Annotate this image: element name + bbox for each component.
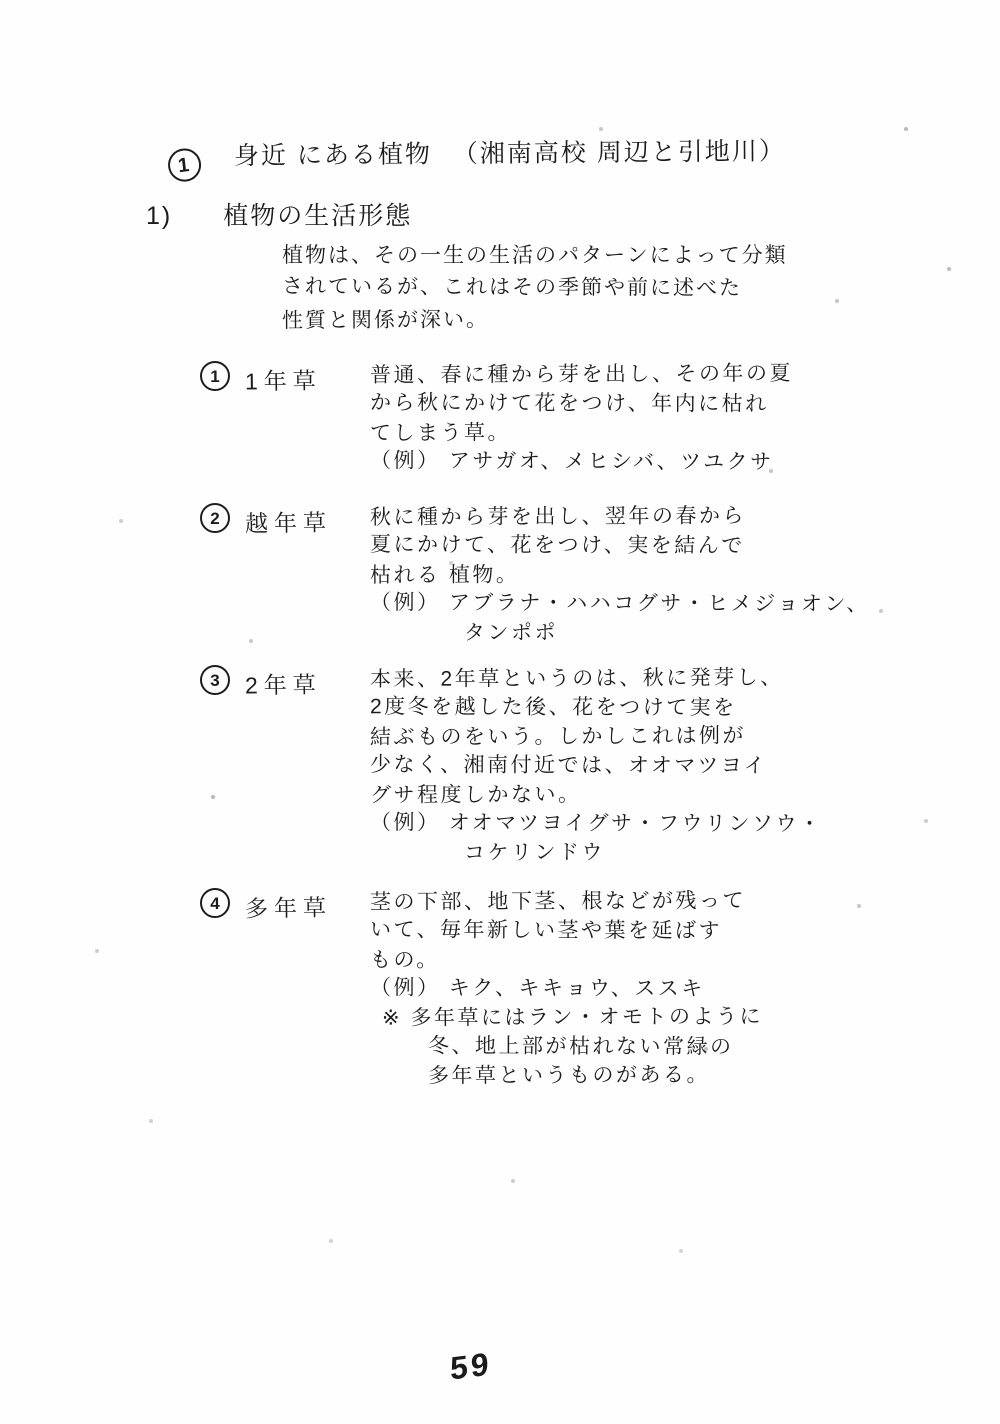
section-description: 秋に種から芽を出し、翌年の春から 夏にかけて、花をつけ、実を結んで 枯れる 植物…	[370, 502, 870, 647]
scanned-document-page: 1 身近 にある植物 （湘南高校 周辺と引地川） 1) 植物の生活形態 植物は、…	[0, 0, 1000, 1424]
example-line: （例） アブラナ・ハハコグサ・ヒメジョオン、	[370, 588, 870, 619]
description-line: 枯れる 植物。	[370, 559, 870, 590]
description-line: 結ぶものをいう。しかしこれは例が	[370, 721, 823, 752]
description-line: 少なく、湘南付近では、オオマツヨイ	[370, 750, 823, 781]
note-line-continued: 冬、地上部が枯れない常緑の	[370, 1031, 763, 1061]
circled-number-icon: 3	[200, 665, 230, 695]
page-number: 59	[450, 1345, 492, 1387]
note-line: ※ 多年草にはラン・オモトのように	[370, 1002, 763, 1033]
description-line: 夏にかけて、花をつけ、実を結んで	[370, 530, 870, 561]
scan-noise	[0, 0, 2, 2]
description-line: 普通、春に種から芽を出し、その年の夏	[370, 359, 793, 390]
example-line-continued: コケリンドウ	[370, 837, 823, 868]
description-line: もの。	[370, 944, 763, 975]
intro-line: 性質と関係が深い。	[282, 303, 788, 338]
description-line: から秋にかけて花をつけ、年内に枯れ	[370, 388, 793, 418]
title-subtitle: （湘南高校 周辺と引地川）	[453, 137, 786, 168]
section-description: 普通、春に種から芽を出し、その年の夏 から秋にかけて花をつけ、年内に枯れ てしま…	[370, 360, 793, 476]
circled-number-icon: 1	[200, 361, 230, 391]
title-text: 身近 にある植物	[234, 140, 432, 170]
description-line: いて、毎年新しい茎や葉を延ばす	[370, 915, 763, 945]
description-line: 茎の下部、地下茎、根などが残って	[370, 886, 763, 917]
section-heading: 1) 植物の生活形態	[146, 196, 412, 232]
intro-line: されているが、これはその季節や前に述べた	[282, 271, 788, 305]
example-line: （例） オオマツヨイグサ・フウリンソウ・	[370, 808, 823, 839]
section-description: 茎の下部、地下茎、根などが残って いて、毎年新しい茎や葉を延ばす もの。 （例）…	[370, 887, 763, 1090]
note-line-continued: 多年草というものがある。	[370, 1060, 763, 1091]
description-line: グサ程度しかない。	[370, 779, 823, 810]
description-line: てしまう草。	[370, 417, 793, 448]
heading-text: 植物の生活形態	[223, 202, 412, 230]
intro-paragraph: 植物は、その一生の生活のパターンによって分類 されているが、これはその季節や前に…	[282, 240, 788, 336]
circled-number-1-icon: 1	[166, 146, 203, 183]
description-line: 2度冬を越した後、花をつけて実を	[370, 692, 823, 723]
section-description: 本来、2年草というのは、秋に発芽し、 2度冬を越した後、花をつけて実を 結ぶもの…	[370, 664, 823, 867]
description-line: 本来、2年草というのは、秋に発芽し、	[370, 663, 823, 694]
description-line: 秋に種から芽を出し、翌年の春から	[370, 501, 870, 532]
section-term: 1年草	[245, 362, 322, 396]
heading-marker: 1)	[146, 202, 172, 230]
section-term: 越年草	[245, 504, 332, 538]
example-line-continued: タンポポ	[370, 617, 870, 648]
section-term: 2年草	[245, 666, 322, 700]
example-line: （例） キク、キキョウ、ススキ	[370, 973, 763, 1003]
example-line: （例） アサガオ、メヒシバ、ツユクサ	[370, 446, 793, 476]
intro-line: 植物は、その一生の生活のパターンによって分類	[282, 240, 788, 272]
circled-number-icon: 2	[200, 503, 230, 533]
section-term: 多年草	[245, 889, 332, 923]
document-title: 1 身近 にある植物 （湘南高校 周辺と引地川）	[168, 131, 786, 181]
circled-number-icon: 4	[200, 888, 230, 918]
